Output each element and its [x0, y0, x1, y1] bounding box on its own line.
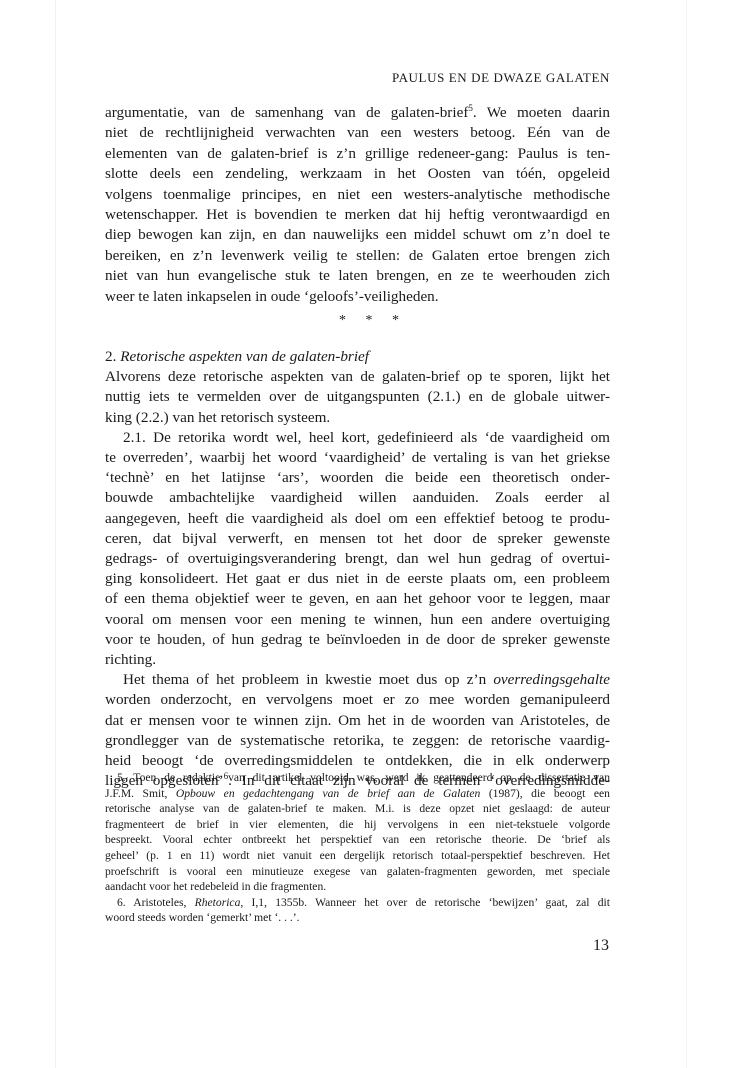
footnote-5-line: geheel’ (p. 1 en 11) wordt niet vanuit e…	[105, 848, 610, 864]
text-line: niet de rechtlijnigheid verwachten van e…	[105, 123, 610, 143]
text-line: nuttig iets te vermelden over de uitgang…	[105, 387, 610, 407]
text-line: bereiken, en z’n levenwerk veilig te ste…	[105, 246, 610, 266]
text-line: worden onderzocht, en vervolgens moet er…	[105, 690, 610, 710]
page-edge-right	[686, 0, 687, 1068]
footnote-5-line: J.F.M. Smit, Opbouw en gedachtengang van…	[105, 786, 610, 802]
text-line: voor te houden, of hun gedrag te beïnvlo…	[105, 630, 610, 650]
footnote-5-line: fragmenteert de brief in vier elementen,…	[105, 817, 610, 833]
footnote-5-line: proefschrift is vooral een minutieuze ex…	[105, 864, 610, 880]
footnote-6-line: woord steeds worden ‘gemerkt’ met ‘. . .…	[105, 910, 610, 926]
page-number: 13	[593, 937, 609, 955]
text-line: volgens toenmalige principes, en niet ee…	[105, 185, 610, 205]
text-line: richting.	[105, 650, 610, 670]
text-line: Alvorens deze retorische aspekten van de…	[105, 367, 610, 387]
text-line: diep bewogen kan zijn, en dan nauwelijks…	[105, 225, 610, 245]
section-2: 2. Retorische aspekten van de galaten-br…	[105, 347, 610, 791]
emphasis: overredingsgehalte	[493, 671, 610, 688]
text-line: heid beoogt ‘de overredingsmiddelen te o…	[105, 751, 610, 771]
text-line: aangegeven, heeft die vaardigheid als do…	[105, 509, 610, 529]
text-line: weer te laten inkapselen in oude ‘geloof…	[105, 287, 610, 307]
text-line: elementen van de galaten-brief is z’n gr…	[105, 144, 610, 164]
footnote-6-line: 6. Aristoteles, Rhetorica, I,1, 1355b. W…	[105, 895, 610, 911]
running-head: PAULUS EN DE DWAZE GALATEN	[392, 70, 610, 86]
text-line: 2.1. De retorika wordt wel, heel kort, g…	[105, 428, 610, 448]
text-line: te overreden’, waarbij het woord ‘vaardi…	[105, 448, 610, 468]
text-line: niet van hun evangelische stuk te laten …	[105, 266, 610, 286]
text-line: ‘technè’ en het latijnse ‘ars’, woorden …	[105, 468, 610, 488]
text-line: king (2.2.) van het retorisch systeem.	[105, 408, 610, 428]
footnote-5-line: retorische analyse van de galaten-brief …	[105, 801, 610, 817]
cited-title: Rhetorica	[195, 896, 241, 909]
text-line: bouwde ambachtelijke vaardigheid willen …	[105, 488, 610, 508]
text-line: ceren, dat bijval verwerft, en mensen to…	[105, 529, 610, 549]
text-line: Het thema of het probleem in kwestie moe…	[105, 670, 610, 690]
section-number: 2.	[105, 348, 116, 365]
text-line: vooral om mensen voor een mening te winn…	[105, 610, 610, 630]
text-line: ging konsolideert. Het gaat er dus niet …	[105, 569, 610, 589]
text-line: wetenschapper. Het is bovendien te merke…	[105, 205, 610, 225]
cited-title: Opbouw en gedachtengang van de brief aan…	[176, 787, 480, 800]
section-separator: * * *	[0, 313, 738, 329]
footnote-5-line: 5. Toen de redaktie van dit artikel volt…	[105, 770, 610, 786]
paragraph-1: argumentatie, van de samenhang van de ga…	[105, 103, 610, 307]
footnote-5-line: aandacht voor het redebeleid in die frag…	[105, 879, 610, 895]
footnote-5-line: bespreekt. Vooral echter ontbreekt het p…	[105, 832, 610, 848]
text-line: argumentatie, van de samenhang van de ga…	[105, 103, 610, 123]
section-heading: 2. Retorische aspekten van de galaten-br…	[105, 347, 610, 367]
text-line: grondlegger van de systematische retorik…	[105, 731, 610, 751]
page-edge-left	[55, 0, 56, 1068]
section-title: Retorische aspekten van de galaten-brief	[120, 348, 369, 365]
footnotes: 5. Toen de redaktie van dit artikel volt…	[105, 770, 610, 926]
text-line: slotte deels een zendeling, werkzaam in …	[105, 164, 610, 184]
text-line: of een thema objektief weer te geven, en…	[105, 589, 610, 609]
text-line: dat er mensen voor te winnen zijn. Om he…	[105, 711, 610, 731]
text-line: gedrags- of overtuigingsverandering bren…	[105, 549, 610, 569]
document-page: PAULUS EN DE DWAZE GALATEN argumentatie,…	[0, 0, 738, 1068]
